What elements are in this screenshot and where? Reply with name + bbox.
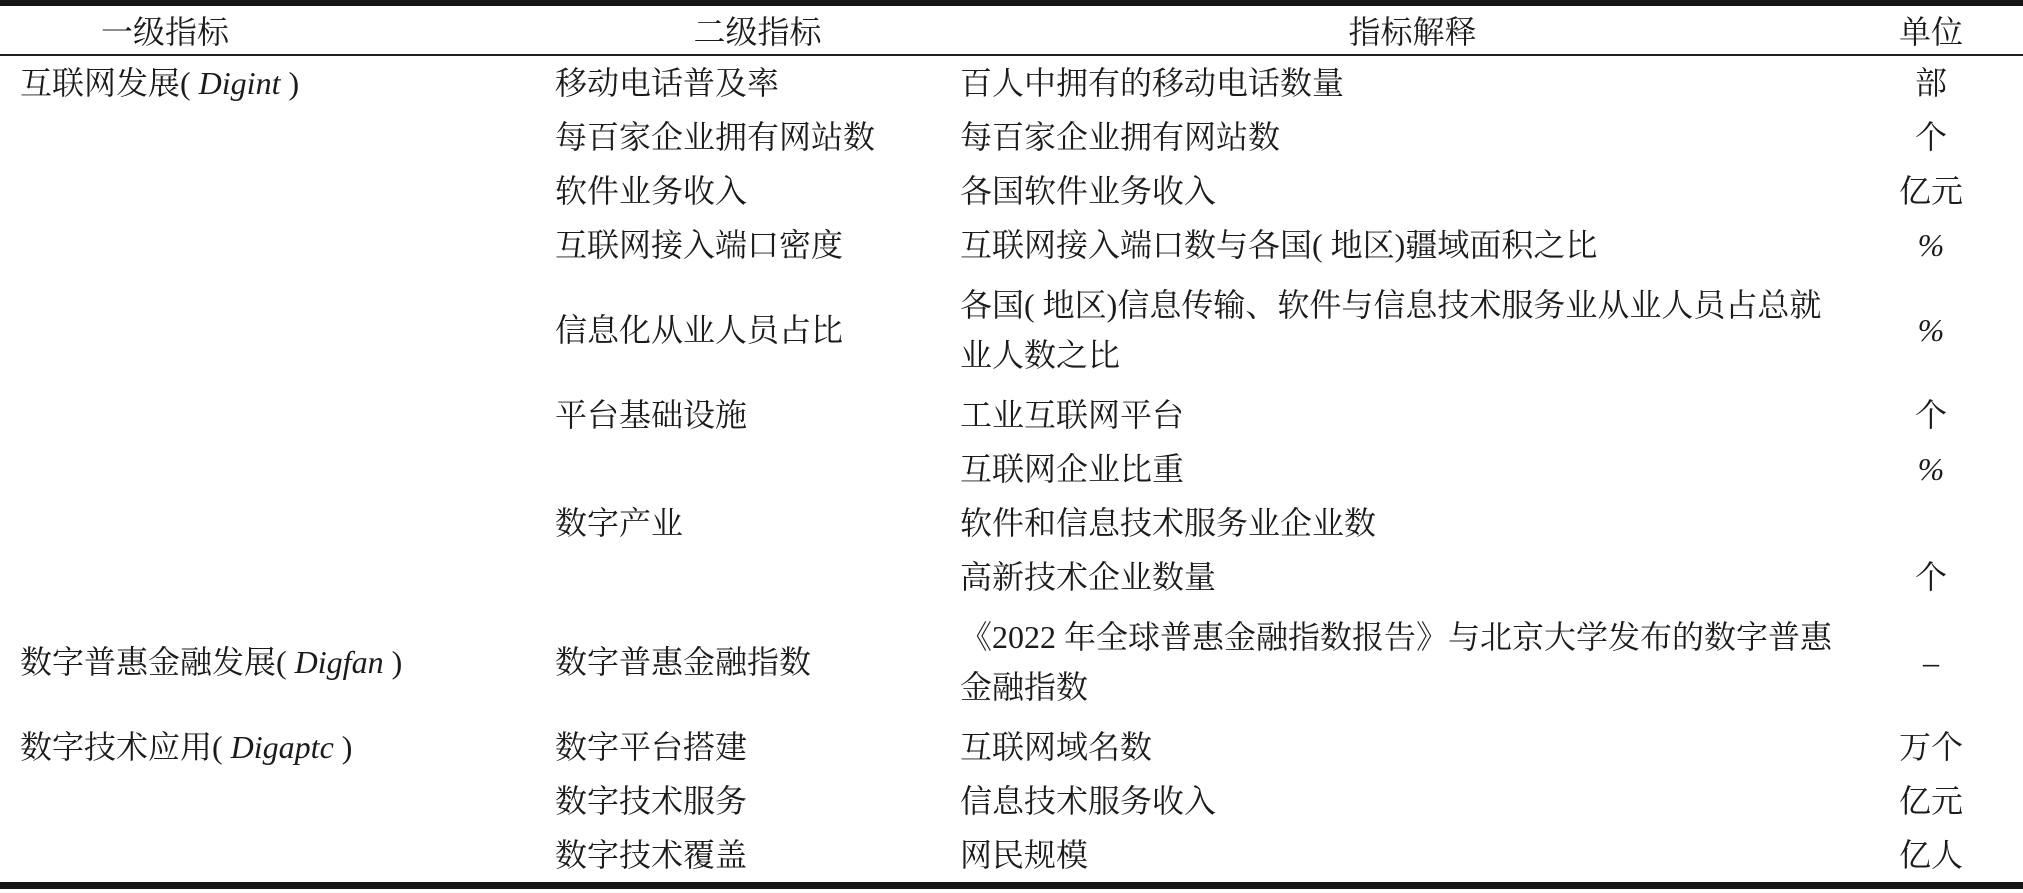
explanation-cell: 每百家企业拥有网站数 [960, 110, 1865, 164]
explanation-cell: 网民规模 [960, 828, 1865, 886]
explanation-cell: 工业互联网平台 [960, 388, 1865, 442]
explanation-cell: 百人中拥有的移动电话数量 [960, 55, 1865, 110]
group-variable: Digaptc [231, 729, 334, 765]
level2-cell: 每百家企业拥有网站数 [555, 110, 960, 164]
level2-cell: 数字技术覆盖 [555, 828, 960, 886]
header-indicator-explanation: 指标解释 [960, 3, 1865, 55]
table-row: 数字普惠金融发展( Digfan ) 数字普惠金融指数 《2022 年全球普惠金… [0, 604, 2023, 720]
unit-cell: % [1865, 442, 2023, 496]
explanation-cell: 《2022 年全球普惠金融指数报告》与北京大学发布的数字普惠金融指数 [960, 604, 1865, 720]
unit-cell: 亿人 [1865, 828, 2023, 886]
group-paren: ) [384, 644, 403, 680]
level2-cell: 数字技术服务 [555, 774, 960, 828]
explanation-cell: 互联网企业比重 [960, 442, 1865, 496]
table-row: 数字技术应用( Digaptc ) 数字平台搭建 互联网域名数 万个 [0, 720, 2023, 774]
level2-cell: 平台基础设施 [555, 388, 960, 496]
level2-cell: 移动电话普及率 [555, 55, 960, 110]
unit-cell [1865, 496, 2023, 550]
explanation-cell: 各国( 地区)信息传输、软件与信息技术服务业从业人员占总就业人数之比 [960, 272, 1865, 388]
header-level1-indicator: 一级指标 [0, 3, 555, 55]
group-paren: ) [280, 65, 299, 101]
unit-cell: % [1865, 218, 2023, 272]
header-unit: 单位 [1865, 3, 2023, 55]
group-name: 数字技术应用( [20, 729, 231, 765]
table-header: 一级指标 二级指标 指标解释 单位 [0, 3, 2023, 55]
explanation-cell: 高新技术企业数量 [960, 550, 1865, 604]
unit-cell: 万个 [1865, 720, 2023, 774]
unit-cell: 个 [1865, 550, 2023, 604]
unit-cell: 个 [1865, 388, 2023, 442]
header-level1-label: 一级指标 [0, 7, 330, 53]
level2-cell: 软件业务收入 [555, 164, 960, 218]
unit-cell: 个 [1865, 110, 2023, 164]
group-paren: ) [334, 729, 353, 765]
level2-cell: 数字普惠金融指数 [555, 604, 960, 720]
header-row: 一级指标 二级指标 指标解释 单位 [0, 3, 2023, 55]
group-variable: Digint [199, 65, 281, 101]
unit-cell: 亿元 [1865, 164, 2023, 218]
explanation-cell: 各国软件业务收入 [960, 164, 1865, 218]
level2-cell: 数字产业 [555, 496, 960, 604]
table-body: 互联网发展( Digint ) 移动电话普及率 百人中拥有的移动电话数量 部 每… [0, 55, 2023, 886]
unit-cell: 部 [1865, 55, 2023, 110]
header-level2-indicator: 二级指标 [555, 3, 960, 55]
level1-cell-digfan: 数字普惠金融发展( Digfan ) [0, 604, 555, 720]
level2-cell: 互联网接入端口密度 [555, 218, 960, 272]
unit-cell: 亿元 [1865, 774, 2023, 828]
level1-cell-digaptc: 数字技术应用( Digaptc ) [0, 720, 555, 886]
level2-cell: 数字平台搭建 [555, 720, 960, 774]
explanation-cell: 信息技术服务收入 [960, 774, 1865, 828]
level1-cell-digint: 互联网发展( Digint ) [0, 55, 555, 604]
explanation-cell: 互联网域名数 [960, 720, 1865, 774]
explanation-cell: 软件和信息技术服务业企业数 [960, 496, 1865, 550]
group-name: 互联网发展( [20, 65, 199, 101]
indicator-definition-table: 一级指标 二级指标 指标解释 单位 互联网发展( Digint ) 移动电话普及… [0, 0, 2023, 889]
unit-cell: – [1865, 604, 2023, 720]
unit-cell: % [1865, 272, 2023, 388]
table-row: 互联网发展( Digint ) 移动电话普及率 百人中拥有的移动电话数量 部 [0, 55, 2023, 110]
explanation-cell: 互联网接入端口数与各国( 地区)疆域面积之比 [960, 218, 1865, 272]
group-name: 数字普惠金融发展( [20, 644, 295, 680]
group-variable: Digfan [295, 644, 384, 680]
level2-cell: 信息化从业人员占比 [555, 272, 960, 388]
